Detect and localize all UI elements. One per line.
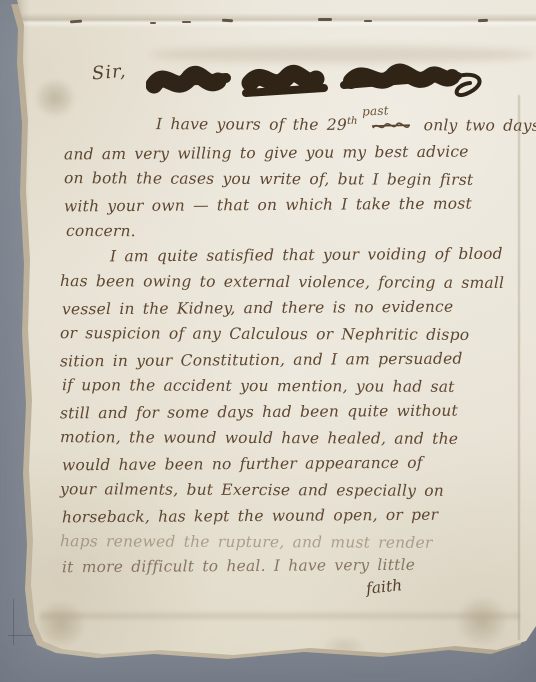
letter-text: Sir, I have yours of the 29th — [0, 0, 536, 682]
letter-line: if upon the accident you mention, you ha… — [62, 376, 455, 402]
letter-line: would have been no further appearance of — [62, 454, 423, 481]
ordinal-suffix: th — [347, 116, 358, 127]
salutation: Sir, — [91, 61, 127, 85]
scored-out-name-ink-blot — [146, 57, 498, 111]
manuscript-photograph: Sir, I have yours of the 29th — [0, 0, 536, 682]
letter-line: your ailments, but Exercise and especial… — [60, 480, 444, 506]
inserted-word: past — [362, 103, 389, 118]
letter-line: vessel in the Kidney, and there is no ev… — [62, 298, 453, 325]
letter-line: or suspicion of any Calculous or Nephrit… — [60, 324, 469, 350]
letter-line: I am quite satisfied that your voiding o… — [110, 245, 503, 272]
backdrop-scratch — [13, 599, 14, 645]
catchword: faith — [365, 576, 403, 598]
letter-line: still and for some days had been quite w… — [60, 402, 458, 429]
letter-line: sition in your Constitution, and I am pe… — [60, 350, 463, 377]
letter-line: has been owing to external violence, for… — [60, 272, 504, 298]
opening-text-pre: I have yours of the 29 — [156, 115, 347, 134]
letter-line: motion, the wound would have healed, and… — [60, 428, 458, 454]
letter-line: on both the cases you write of, but I be… — [64, 169, 473, 195]
letter-page: Sir, I have yours of the 29th — [0, 0, 536, 682]
letter-line-faded: it more difficult to heal. I have very l… — [62, 556, 415, 582]
letter-line: and am very willing to give you my best … — [64, 143, 469, 170]
letter-line: with your own — that on which I take the… — [64, 195, 472, 222]
letter-line: horseback, has kept the wound open, or p… — [62, 506, 438, 533]
opening-text-post: only two days ago — [424, 116, 536, 135]
letter-line-faded: haps renewed the rupture, and must rende… — [60, 532, 433, 558]
letter-line: concern. — [66, 222, 136, 246]
struck-out-word-squiggle — [371, 118, 411, 132]
letter-line-opening: I have yours of the 29th past only two d… — [156, 115, 536, 141]
